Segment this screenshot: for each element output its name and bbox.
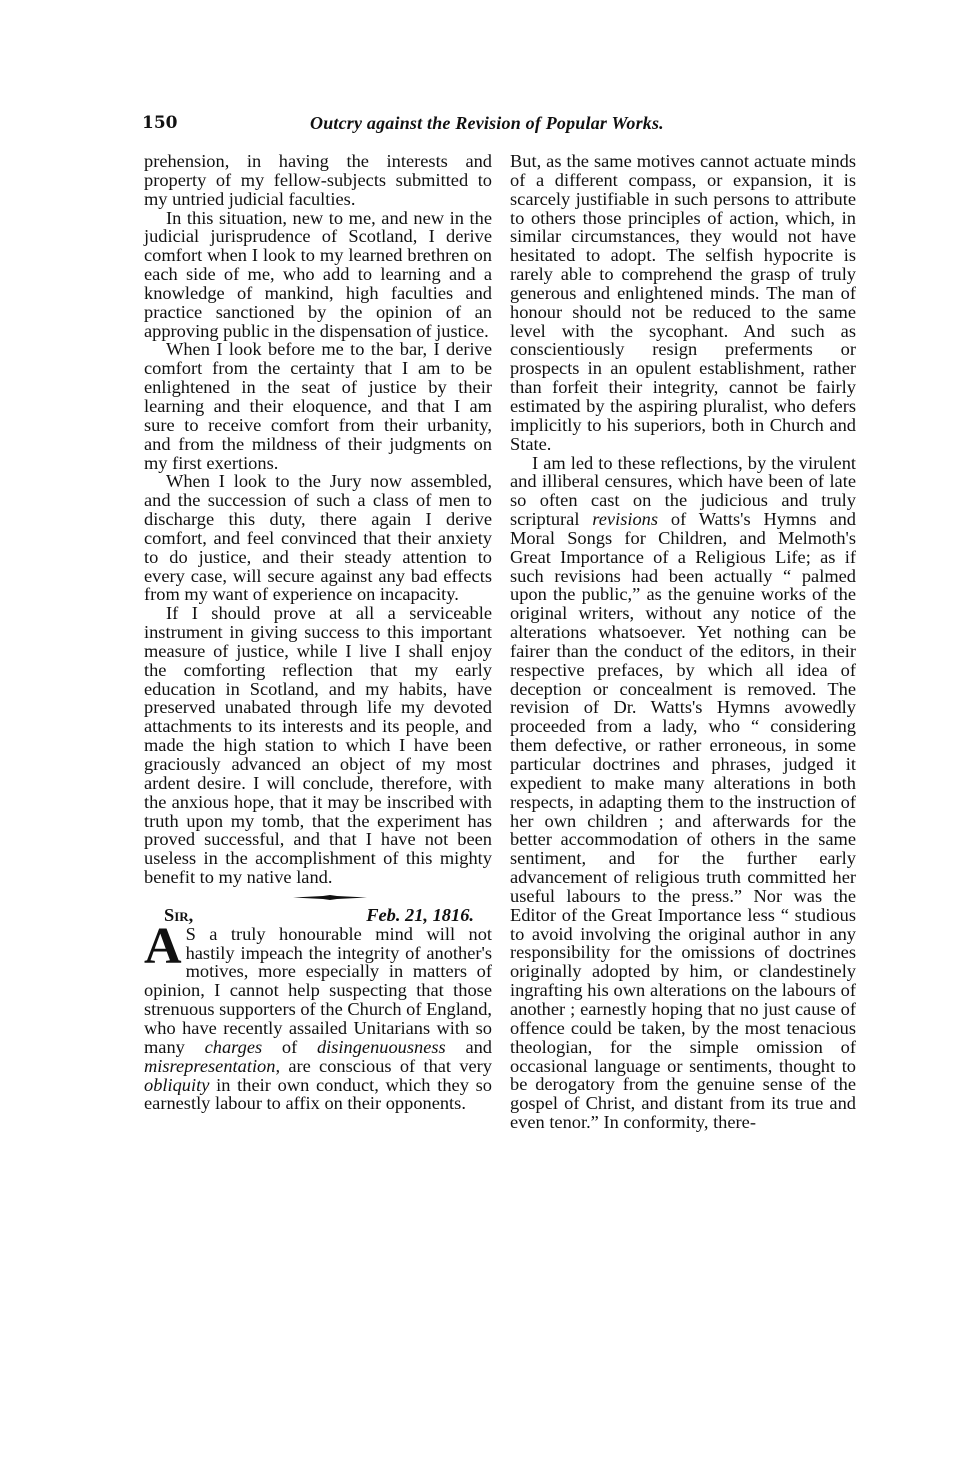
salutation: Sir, — [164, 906, 193, 925]
text-run: are conscious of that very — [280, 1056, 492, 1076]
letter-paragraph: AS a truly honourable mind will not hast… — [144, 925, 492, 1113]
text-run: of — [262, 1037, 317, 1057]
letter-heading: Sir, Feb. 21, 1816. — [144, 906, 492, 925]
paragraph: When I look to the Jury now assembled, a… — [144, 472, 492, 604]
italic-text: misrepresentation, — [144, 1056, 280, 1076]
italic-text: obliquity — [144, 1075, 209, 1095]
italic-text: revisions — [592, 509, 658, 529]
paragraph: If I should prove at all a serviceable i… — [144, 604, 492, 887]
paragraph: When I look before me to the bar, I deri… — [144, 340, 492, 472]
letter-date: Feb. 21, 1816. — [366, 906, 474, 925]
paragraph: But, as the same motives cannot actuate … — [510, 152, 856, 454]
drop-cap: A — [144, 925, 182, 967]
page-number: 150 — [142, 113, 178, 133]
paragraph: In this situation, new to me, and new in… — [144, 209, 492, 341]
running-title: Outcry against the Revision of Popular W… — [310, 113, 664, 134]
section-divider — [293, 895, 367, 900]
right-column: But, as the same motives cannot actuate … — [510, 152, 856, 1132]
paragraph: I am led to these reflections, by the vi… — [510, 454, 856, 1132]
page-header: 150 Outcry against the Revision of Popul… — [142, 113, 782, 143]
italic-text: disingenuousness — [317, 1037, 446, 1057]
paragraph: prehension, in having the interests and … — [144, 152, 492, 209]
text-run: and — [446, 1037, 492, 1057]
italic-text: charges — [205, 1037, 263, 1057]
left-column: prehension, in having the interests and … — [144, 152, 492, 1113]
text-run: of Watts's Hymns and Moral Songs for Chi… — [510, 509, 856, 1132]
